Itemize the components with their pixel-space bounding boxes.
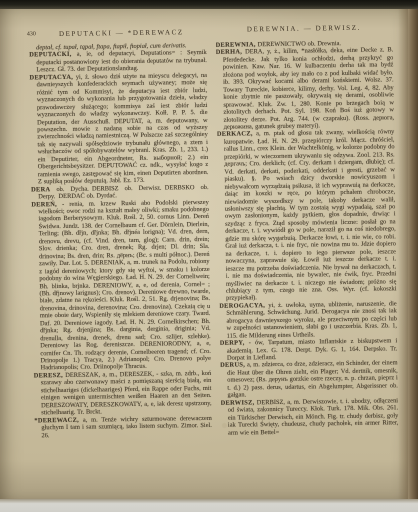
entry-headword: DERPY,	[220, 340, 245, 347]
page-content: 430 DEPUTACKI — *DEREWACZ DEREWNIA. — DE…	[0, 6, 411, 502]
left-column: deptał, cf. tupał, tąpał, ftapa, ftapił,…	[29, 42, 213, 501]
running-head-left: DEPUTACKI — *DEREWACZ	[59, 28, 184, 38]
dictionary-entry: DERPY, - ów, Tarpatum, miasto Inflantski…	[220, 337, 398, 362]
book-spine-edge	[398, 9, 418, 499]
dictionary-entry: DEPUTACYA, yi, ż. słowo dziś użyte na mi…	[29, 72, 208, 186]
dictionary-entry: DERKACZ, a, m. ptak od głosu tak zwany, …	[217, 129, 397, 303]
entry-text: - ów, Tarpatum, miasto Inflantskie z bis…	[227, 337, 398, 361]
entry-headword: DERESZ,	[34, 372, 63, 379]
entry-headword: DEREŃ,	[31, 201, 57, 208]
entry-text: a, m. zdzierca, co drze, zdzieracz, ein …	[227, 360, 398, 399]
entry-headword: DERHA,	[216, 49, 243, 56]
entry-headword: DERUS,	[220, 362, 245, 369]
book-edge-top	[0, 0, 418, 9]
dictionary-entry: DERESZ, DERESZAK, a, m., DERESZEK, - szk…	[34, 370, 212, 417]
entry-text: DERESZAK, a, m., DERESZEK, - szka, m. zd…	[41, 370, 212, 417]
dictionary-entry: DEREŃ, - renia, m. krzew Ruski abo Podol…	[31, 198, 211, 372]
text-columns: deptał, cf. tupał, tąpał, ftapa, ftapił,…	[29, 39, 399, 501]
entry-text: DERA, y, ż., kilim, *nasłółka, deka, ein…	[223, 47, 394, 131]
dictionary-entry: DERWISZ, DERBISZ, a, m. Derwiszowie, t. …	[221, 397, 399, 437]
dictionary-entry: DEPUTACKI, a, ie, od deputacyi, Deputati…	[29, 49, 207, 74]
entry-headword: DEPUTACKI,	[29, 51, 72, 59]
entry-headword: DERKACZ,	[217, 131, 253, 139]
dictionary-entry: DERHA, DERA, y, ż., kilim, *nasłółka, de…	[216, 47, 395, 131]
dictionary-page: 430 DEPUTACKI — *DEREWACZ DEREWNIA. — DE…	[0, 9, 408, 499]
running-head: 430 DEPUTACKI — *DEREWACZ DEREWNIA. — DE…	[0, 25, 405, 41]
page-number: 430	[27, 31, 36, 37]
entry-headword: *DEREWACZ,	[34, 416, 79, 424]
entry-headword: DEROGACYA,	[219, 302, 265, 310]
entry-headword: DERWISZ,	[221, 399, 255, 406]
entry-headword: DERA	[31, 186, 50, 193]
dictionary-entry: DERUS, a, m. zdzierca, co drze, zdzierac…	[220, 360, 398, 400]
dictionary-entry: *DEREWACZ, a, m. Tenże wichry szturmowan…	[34, 415, 212, 440]
dictionary-entry: DEROGACYA, yi, ż. uwłoka, uyma, ubliżeni…	[219, 300, 397, 340]
entry-text: DERBISZ, a, m. Derwiszowie, t. i. ubodzy…	[228, 397, 399, 436]
entry-text: - renia, m. krzew Ruski abo Podolski pie…	[38, 198, 211, 371]
scanner-strip-bottom	[0, 499, 418, 512]
entry-text: a, m. ptak od głosu tak zwany, wielkości…	[224, 129, 397, 302]
entry-text: yi, ż. słowo dziś użyte na mieyscu deleg…	[37, 72, 209, 186]
scanned-book-page: 430 DEPUTACKI — *DEREWACZ DEREWNIA. — DE…	[0, 0, 418, 512]
right-column: DEREWNIA, DEREWNICTWO ob. Drewnia. DERHA…	[216, 39, 400, 498]
running-head-right: DEREWNIA. — DERWISZ.	[247, 24, 361, 34]
entry-headword: DEREWNIA,	[216, 41, 256, 49]
